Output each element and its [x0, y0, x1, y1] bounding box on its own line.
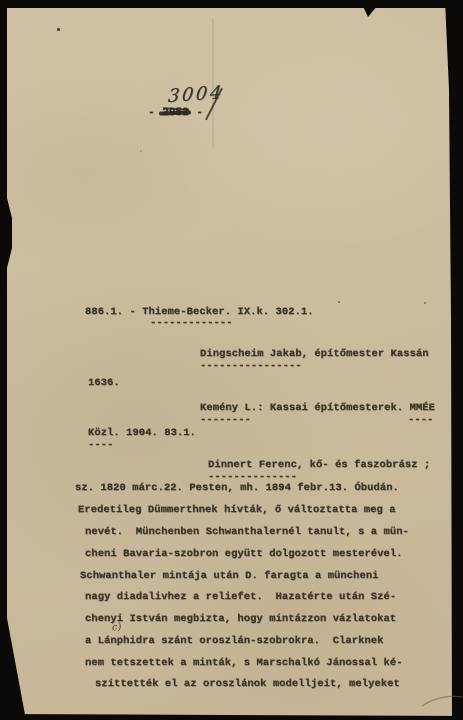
typed-line: chenyi István megbizta, hogy mintázzon v… [85, 613, 396, 625]
typed-line: Kemény L.: Kassai építőmesterek. MMÉE [200, 402, 435, 414]
typed-line: szittették el az oroszlánok modelljeit, … [95, 678, 400, 690]
typed-line: cheni Bavaria-szobron együtt dolgozott m… [85, 548, 403, 560]
handwritten-page-number: 3004 [167, 82, 225, 107]
typed-line: Schwanthaler mintája után D. faragta a m… [80, 570, 379, 582]
scanned-document-page: 3004 - 2952 - 886.1. - Thieme-Becker. IX… [0, 0, 463, 720]
ink-speck [140, 150, 142, 152]
typed-line: Dinnert Ferenc, kő- és faszobrász ; [208, 459, 430, 471]
typed-line: Eredetileg Dümmerthnek hívták, ő változt… [78, 504, 396, 516]
scan-edge-right [443, 0, 463, 720]
typed-underline: ---- [88, 439, 113, 451]
typed-underline: -------- [200, 414, 251, 426]
ink-speck [338, 301, 340, 303]
scan-edge-bottom [0, 712, 463, 720]
typed-line: Közl. 1904. 83.1. [88, 427, 196, 439]
typed-line: Dingscheim Jakab, építőmester Kassán [200, 348, 429, 360]
typed-line: nagy diadalivhez a reliefet. Hazatérte u… [85, 591, 396, 603]
pencil-stroke [420, 686, 463, 708]
typed-line: nevét. Münchenben Schwanthalernél tanult… [85, 526, 409, 538]
typed-line: 1636. [88, 377, 120, 389]
struck-page-number: - 2952 - [148, 107, 203, 119]
ink-speck [57, 28, 60, 31]
typed-underline: ---- [408, 414, 433, 426]
typed-underline: ---------------- [200, 360, 302, 372]
handwritten-correction: c) [111, 621, 122, 633]
old-page-number: 2952 [161, 107, 189, 119]
typed-line: a Lánphidra szánt oroszlán-szobrokra. Cl… [85, 635, 384, 647]
typed-line: nem tetszettek a minták, s Marschalkó Já… [85, 657, 403, 669]
page-number-suffix: - [190, 107, 203, 119]
typed-line: sz. 1820 márc.22. Pesten, mh. 1894 febr.… [75, 482, 399, 494]
scan-edge-top [0, 0, 463, 8]
typed-underline: ------------- [150, 317, 233, 329]
scan-edge-left [0, 0, 28, 720]
ink-speck [424, 302, 426, 304]
